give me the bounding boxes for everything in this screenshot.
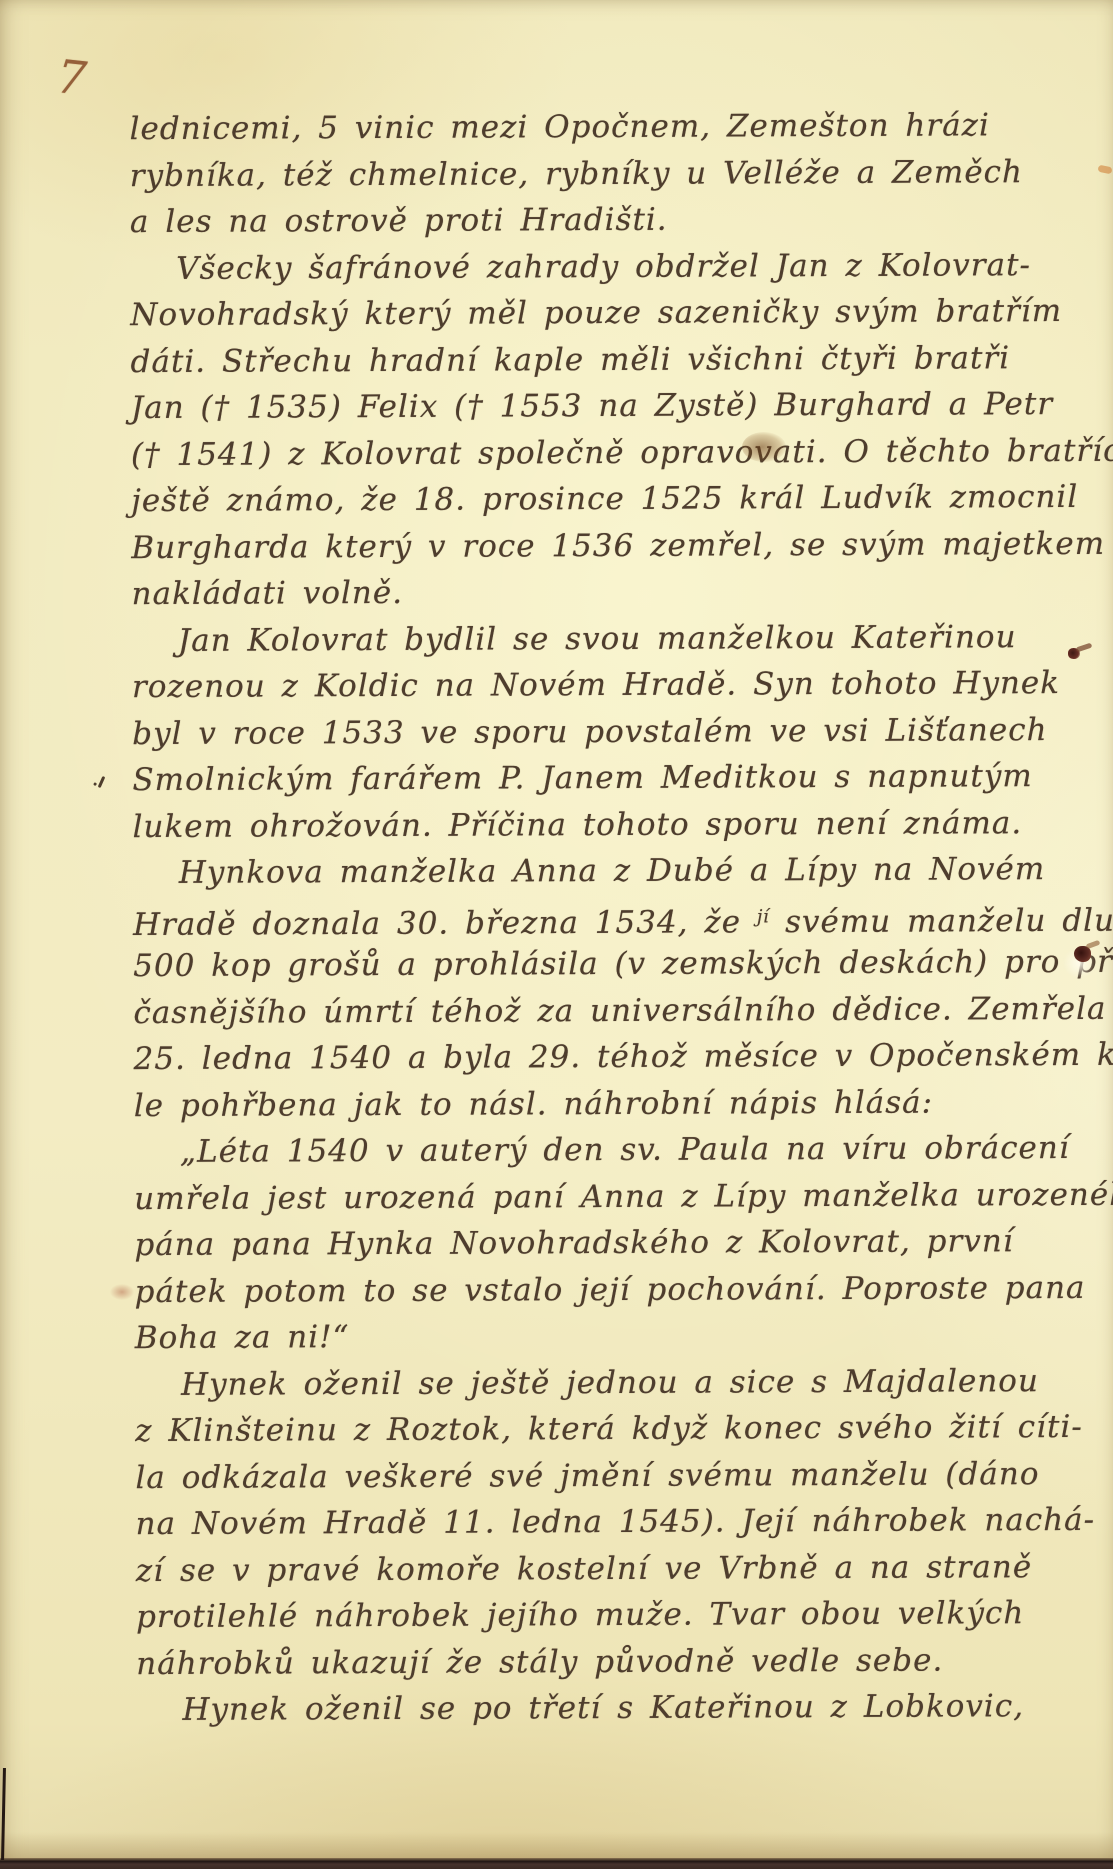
inserted-word: jí — [757, 906, 769, 927]
text-line: Boha za ni!“ — [135, 1311, 1085, 1362]
text-line: Smolnickým farářem P. Janem Meditkou s n… — [132, 753, 1082, 804]
text-line: z Klinšteinu z Roztok, která když konec … — [135, 1404, 1085, 1455]
text-line: ještě známo, že 18. prosince 1525 král L… — [131, 474, 1081, 525]
text-line: 500 kop grošů a prohlásila (v zemských d… — [133, 939, 1083, 990]
text-line: lukem ohrožován. Příčina tohoto sporu ne… — [132, 799, 1082, 850]
text-line: nakládati volně. — [131, 567, 1081, 618]
text-line: lednicemi, 5 vinic mezi Opočnem, Zemešto… — [129, 102, 1079, 153]
text-line: Jan († 1535) Felix († 1553 na Zystě) Bur… — [131, 381, 1081, 432]
ink-stain — [742, 432, 786, 462]
text-line: Hradě doznala 30. března 1534, že jí své… — [133, 892, 1083, 943]
page-number-mark: 7 — [53, 49, 120, 125]
text-line: Burgharda který v roce 1536 zemřel, se s… — [131, 520, 1081, 571]
text-line: „Léta 1540 v auterý den sv. Paula na vír… — [134, 1125, 1084, 1176]
text-line: Jan Kolovrat bydlil se svou manželkou Ka… — [132, 613, 1082, 664]
text-line: na Novém Hradě 11. ledna 1545). Její náh… — [136, 1497, 1086, 1548]
margin-tick-mark — [98, 776, 106, 788]
edge-stain — [1097, 165, 1112, 175]
text-line: časnějšího úmrtí téhož za universálního … — [133, 985, 1083, 1036]
text-line: Všecky šafránové zahrady obdržel Jan z K… — [130, 241, 1080, 292]
text-line: a les na ostrově proti Hradišti. — [130, 195, 1080, 246]
text-line: zí se v pravé komoře kostelní ve Vrbně a… — [136, 1543, 1086, 1594]
text-line: náhrobků ukazují že stály původně vedle … — [136, 1636, 1086, 1687]
wax-spot — [1074, 946, 1091, 962]
text-line: byl v roce 1533 ve sporu povstalém ve vs… — [132, 706, 1082, 757]
text-line: rybníka, též chmelnice, rybníky u Velléž… — [130, 148, 1080, 199]
text-line: 25. ledna 1540 a byla 29. téhož měsíce v… — [134, 1032, 1084, 1083]
text-line: rozenou z Koldic na Novém Hradě. Syn toh… — [132, 660, 1082, 711]
text-line: pátek potom to se vstalo její pochování.… — [135, 1264, 1085, 1315]
manuscript-page: 7 lednicemi, 5 vinic mezi Opočnem, Zemeš… — [0, 0, 1113, 1869]
page-edge-bottom — [0, 1858, 1113, 1869]
text-line: protilehlé náhrobek jejího muže. Tvar ob… — [136, 1590, 1086, 1641]
text-line: († 1541) z Kolovrat společně opravovati.… — [131, 427, 1081, 478]
red-smudge — [110, 1284, 134, 1300]
text-line: Novohradský který měl pouze sazeničky sv… — [130, 288, 1080, 339]
text-line: le pohřbena jak to násl. náhrobní nápis … — [134, 1078, 1084, 1129]
wax-spot — [1068, 648, 1080, 659]
text-line: umřela jest urozená paní Anna z Lípy man… — [134, 1171, 1084, 1222]
text-line: Hynek oženil se po třetí s Kateřinou z L… — [136, 1683, 1086, 1734]
text-line: la odkázala veškeré své jmění svému manž… — [135, 1450, 1085, 1501]
manuscript-text: lednicemi, 5 vinic mezi Opočnem, Zemešto… — [129, 102, 1086, 1734]
text-line: dáti. Střechu hradní kaple měli všichni … — [130, 334, 1080, 385]
text-line: Hynkova manželka Anna z Dubé a Lípy na N… — [133, 846, 1083, 897]
page-bottom-shadow — [0, 1832, 1113, 1858]
text-line: pána pana Hynka Novohradského z Kolovrat… — [134, 1218, 1084, 1269]
text-line: Hynek oženil se ještě jednou a sice s Ma… — [135, 1357, 1085, 1408]
